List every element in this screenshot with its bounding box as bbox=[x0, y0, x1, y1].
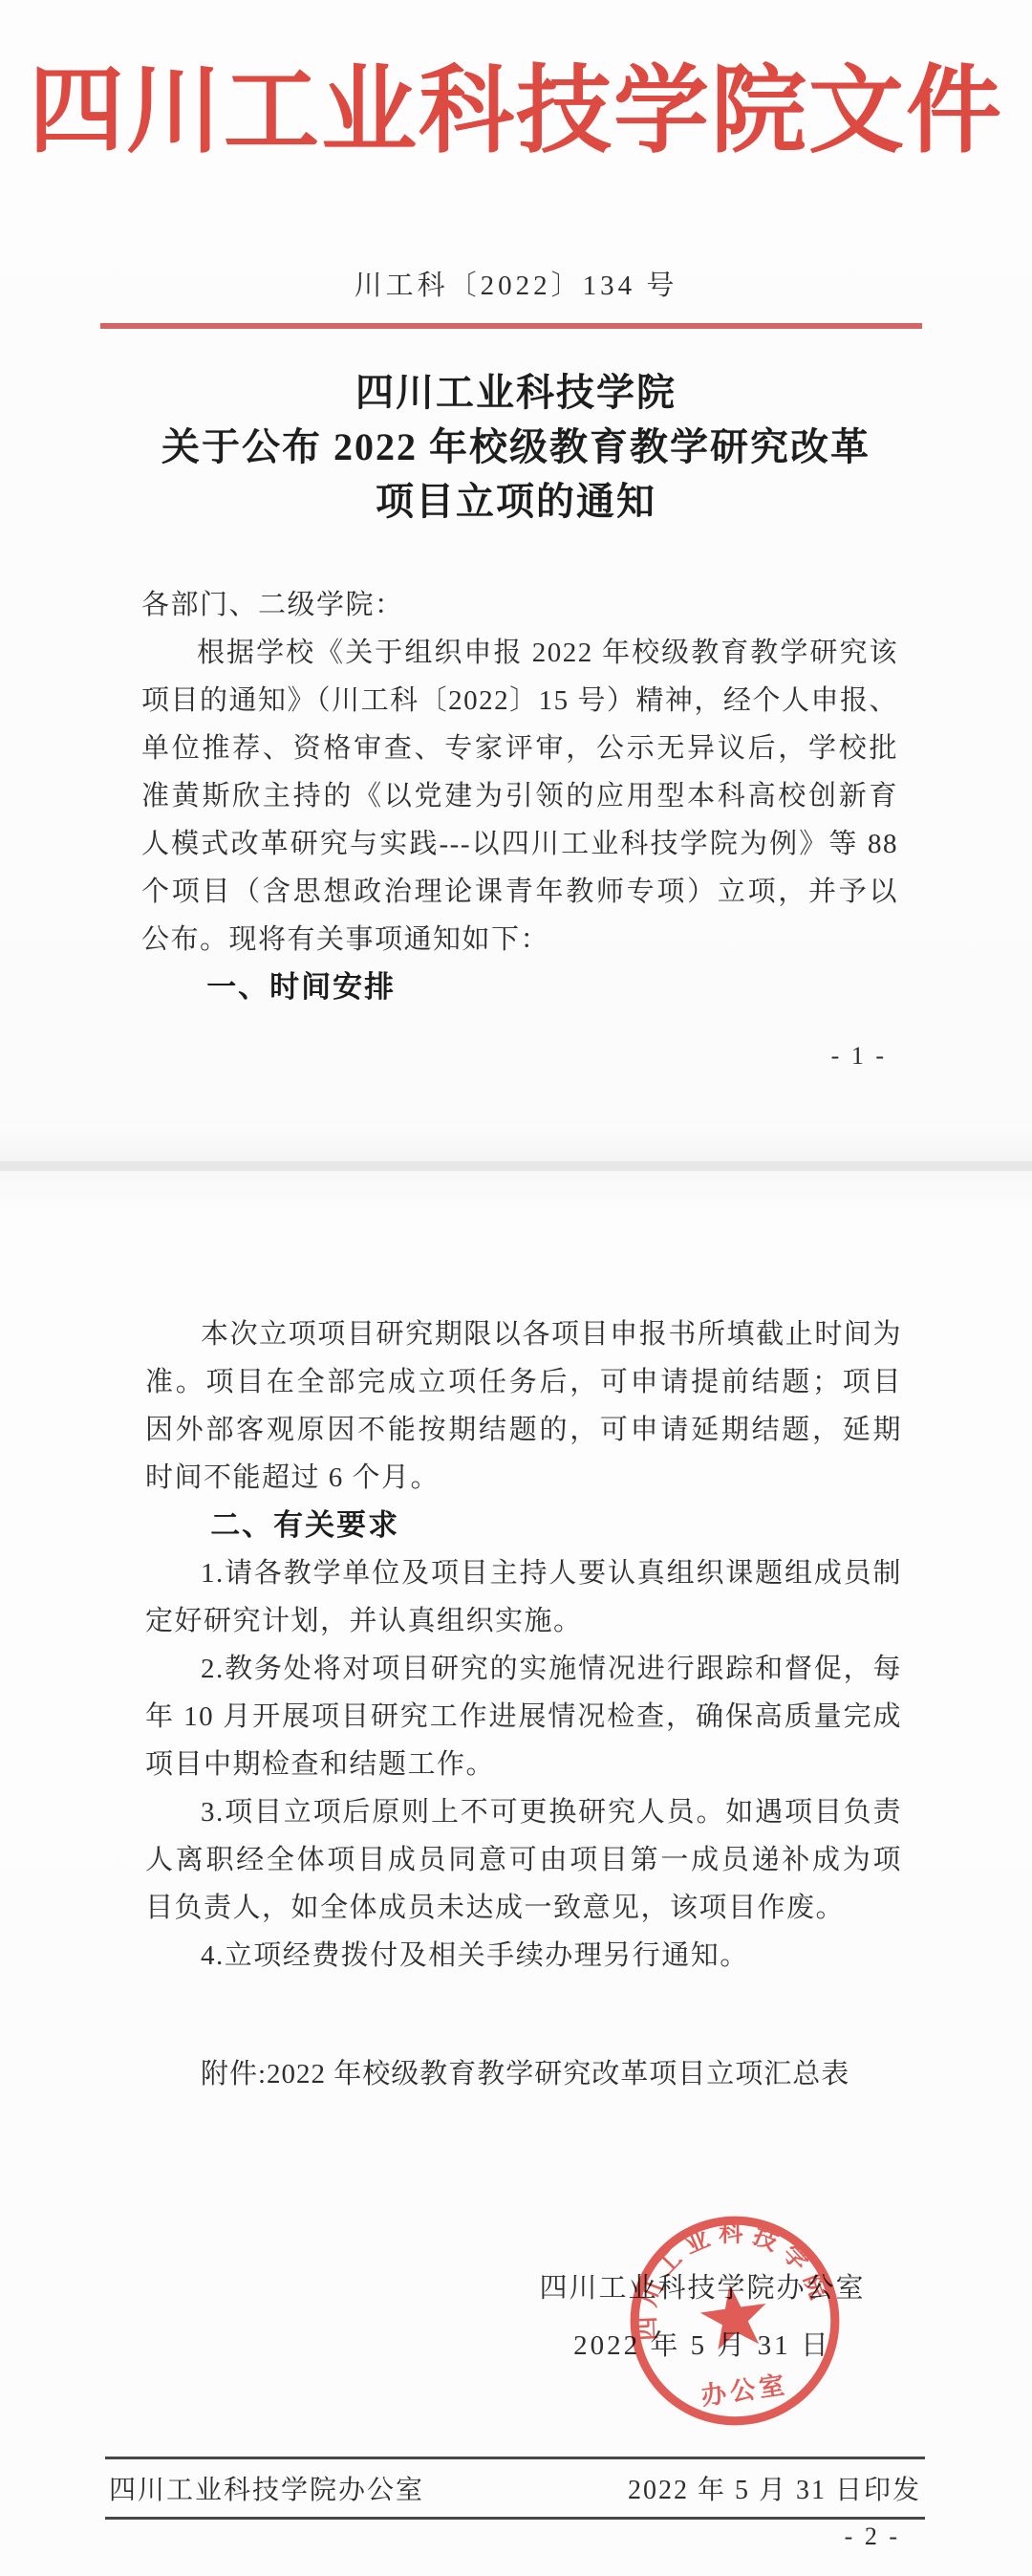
footer-issuing-office: 四川工业科技学院办公室 bbox=[109, 2469, 424, 2507]
attachment-line: 附件:2022 年校级教育教学研究改革项目立项汇总表 bbox=[145, 2052, 910, 2091]
body-paragraph-1: 根据学校《关于组织申报 2022 年校级教育教学研究该项目的通知》（川工科〔20… bbox=[141, 629, 898, 963]
page-2: 本次立项项目研究期限以各项目申报书所填截止时间为准。项目在全部完成立项任务后，可… bbox=[0, 1171, 1032, 2576]
page-2-number: - 2 - bbox=[845, 2522, 900, 2551]
body-paragraph-2: 本次立项项目研究期限以各项目申报书所填截止时间为准。项目在全部完成立项任务后，可… bbox=[145, 1310, 902, 1502]
footer-print-date: 2022 年 5 月 31 日印发 bbox=[628, 2469, 921, 2507]
red-divider-line bbox=[100, 323, 922, 329]
red-letterhead-title: 四川工业科技学院文件 bbox=[0, 40, 1032, 184]
page-1-body: 各部门、二级学院： 根据学校《关于组织申报 2022 年校级教育教学研究该项目的… bbox=[141, 581, 898, 1011]
requirement-item-1: 1.请各教学单位及项目主持人要认真组织课题组成员制定好研究计划，并认真组织实施。 bbox=[145, 1549, 902, 1645]
footer-imprint-band: 四川工业科技学院办公室 2022 年 5 月 31 日印发 bbox=[105, 2457, 925, 2520]
section-1-heading: 一、时间安排 bbox=[141, 963, 898, 1011]
page-1-number: - 1 - bbox=[831, 1042, 887, 1071]
seal-bottom-text: 办公室 bbox=[699, 2370, 790, 2410]
document-number: 川工科〔2022〕134 号 bbox=[0, 264, 1032, 303]
salutation: 各部门、二级学院： bbox=[141, 581, 898, 629]
scanned-official-document: 四川工业科技学院文件 川工科〔2022〕134 号 四川工业科技学院 关于公布 … bbox=[0, 0, 1032, 2576]
section-2-heading: 二、有关要求 bbox=[145, 1502, 902, 1549]
page-1: 四川工业科技学院文件 川工科〔2022〕134 号 四川工业科技学院 关于公布 … bbox=[0, 0, 1032, 1161]
notice-title-line-2: 关于公布 2022 年校级教育教学研究改革 bbox=[57, 420, 975, 474]
notice-title: 四川工业科技学院 关于公布 2022 年校级教育教学研究改革 项目立项的通知 bbox=[57, 365, 975, 529]
page-2-body: 本次立项项目研究期限以各项目申报书所填截止时间为准。项目在全部完成立项任务后，可… bbox=[145, 1310, 902, 1980]
requirement-item-4: 4.立项经费拨付及相关手续办理另行通知。 bbox=[145, 1932, 902, 1980]
notice-title-line-1: 四川工业科技学院 bbox=[57, 365, 975, 420]
notice-title-line-3: 项目立项的通知 bbox=[57, 474, 975, 529]
seal-star-icon bbox=[697, 2280, 771, 2351]
official-red-seal: 四川工业科技学院 办公室 bbox=[609, 2195, 861, 2447]
requirement-item-3: 3.项目立项后原则上不可更换研究人员。如遇项目负责人离职经全体项目成员同意可由项… bbox=[145, 1788, 902, 1932]
page-separator bbox=[0, 1161, 1032, 1171]
requirement-item-2: 2.教务处将对项目研究的实施情况进行跟踪和督促，每年 10 月开展项目研究工作进… bbox=[145, 1645, 902, 1788]
